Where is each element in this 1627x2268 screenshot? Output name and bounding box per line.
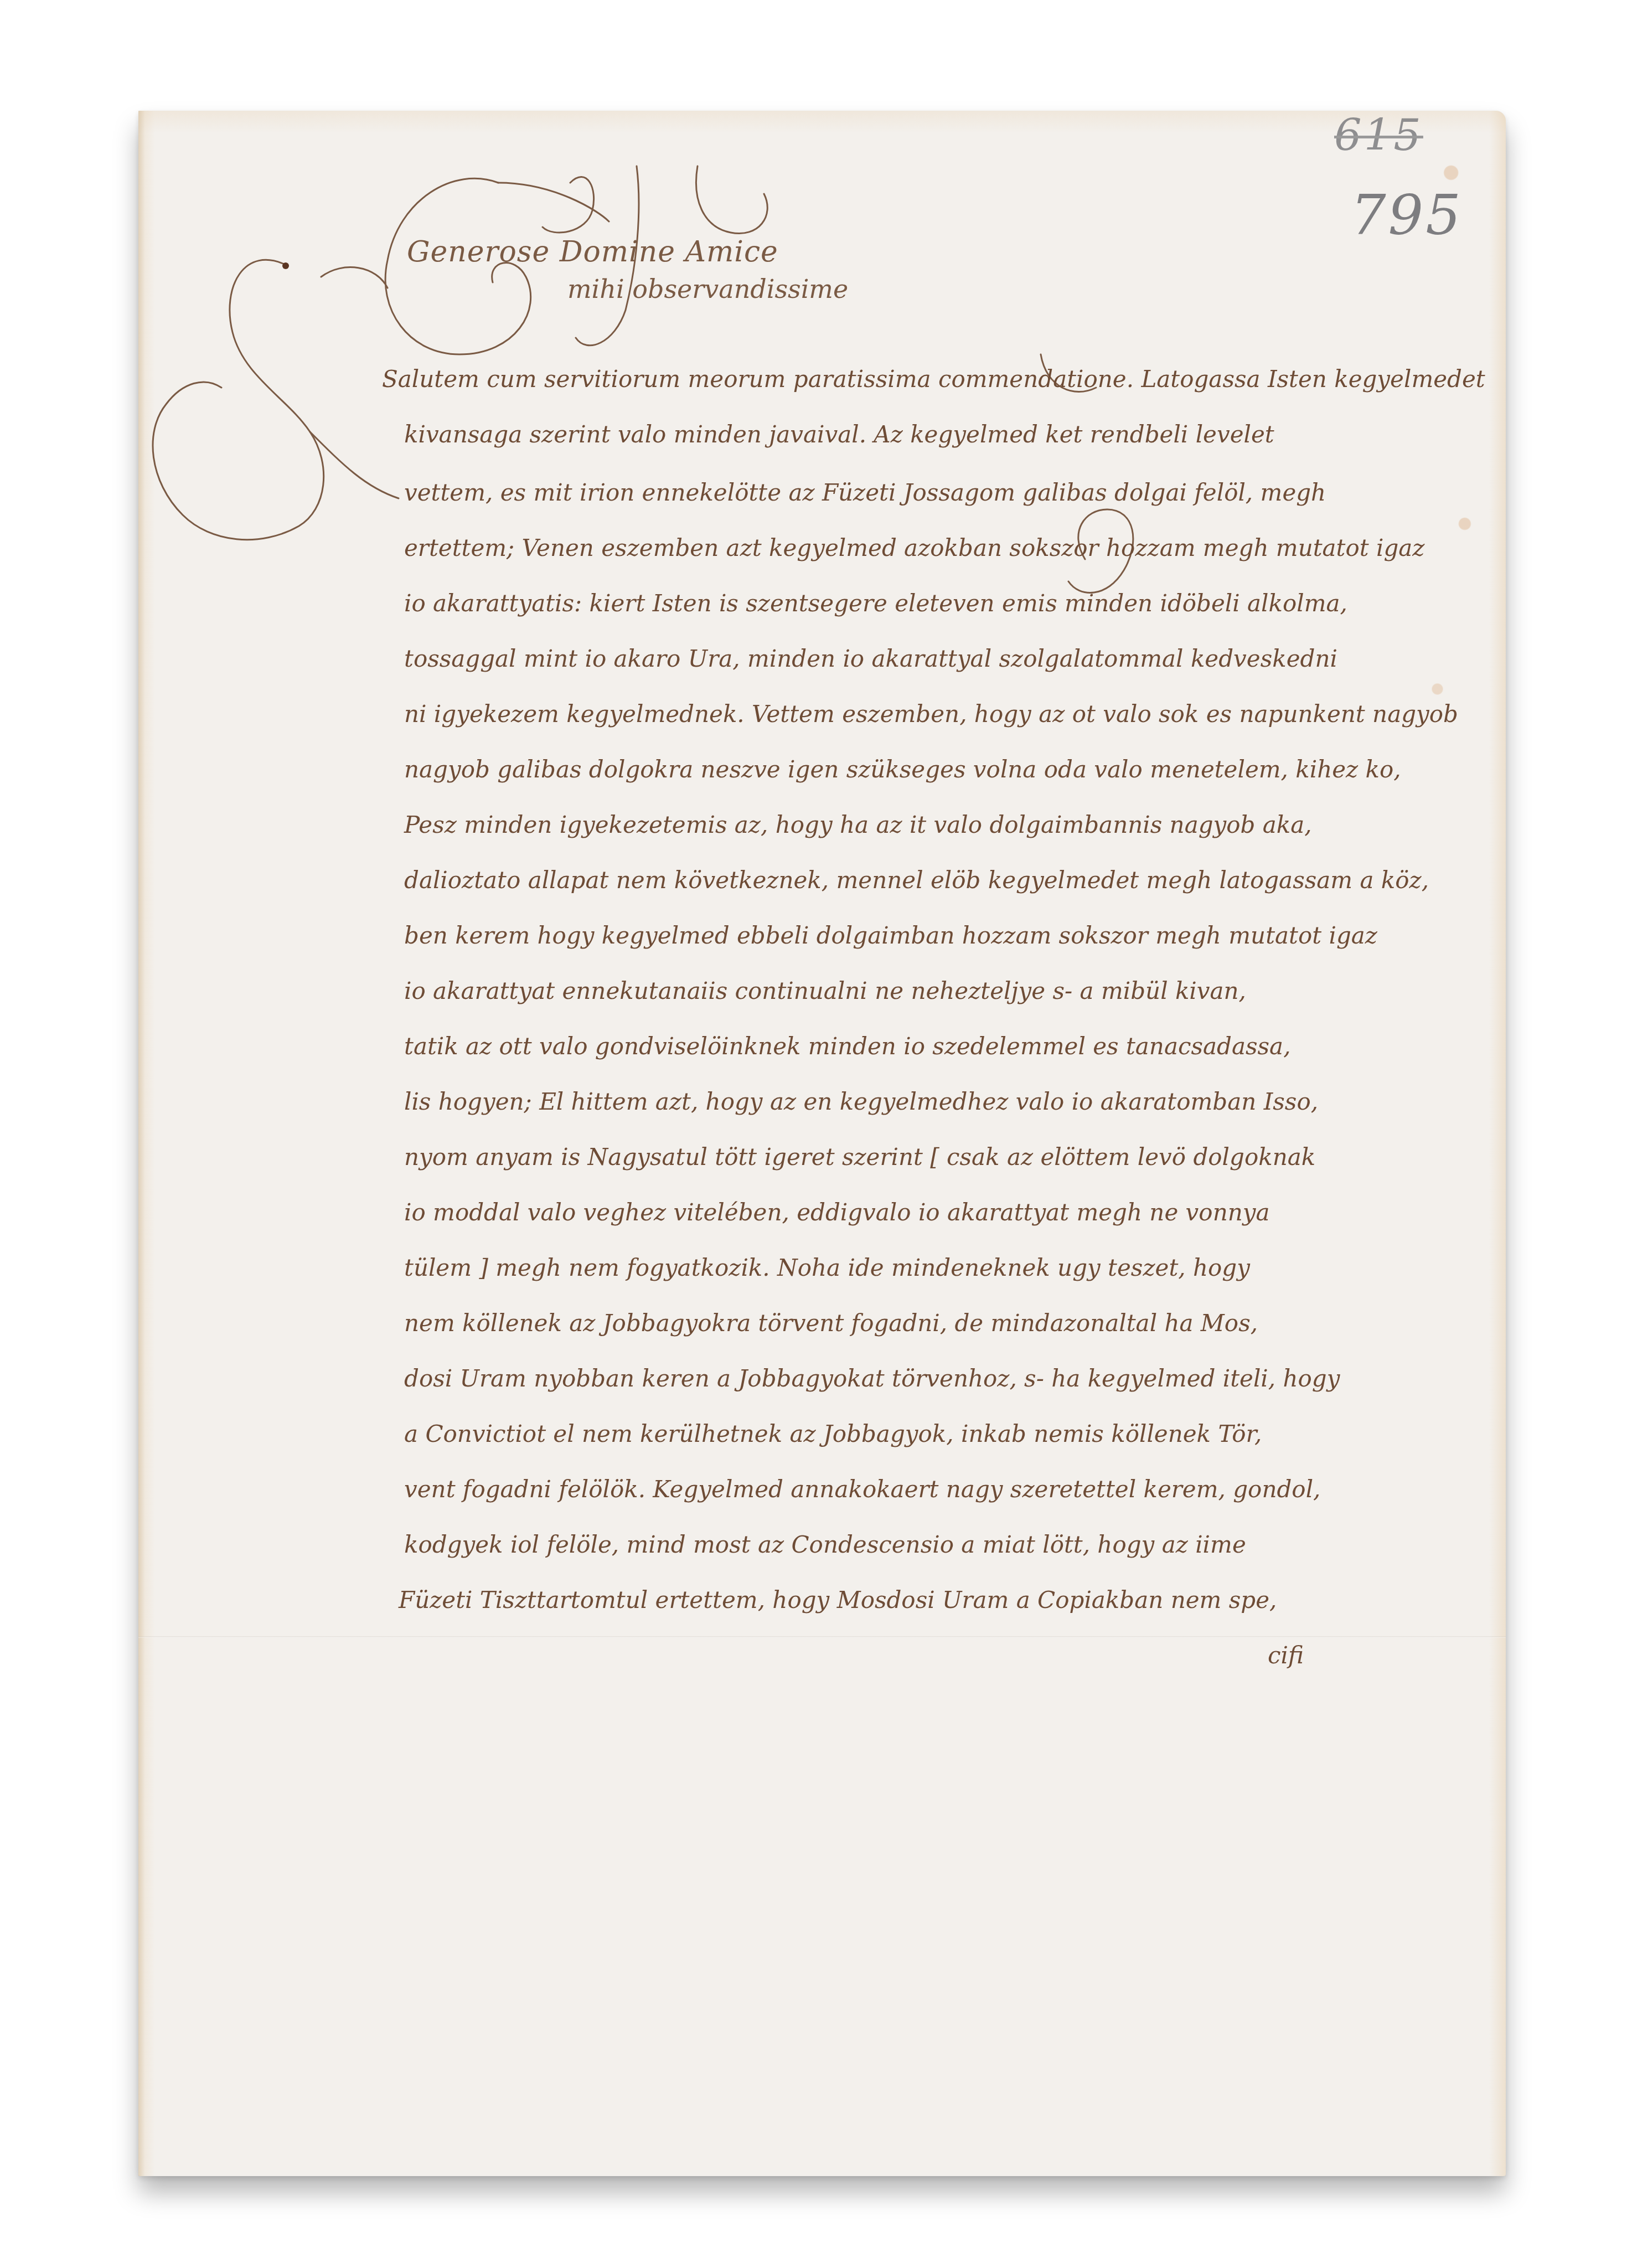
letter-line: lis hogyen; El hittem azt, hogy az en ke… [404,1077,1318,1127]
letter-line: vent fogadni felölök. Kegyelmed annakoka… [404,1465,1320,1514]
letter-line: io moddal valo veghez vitelében, eddigva… [404,1188,1270,1238]
letter-line: vettem, es mit irion ennekelötte az Füze… [404,468,1326,518]
letter-line: nyom anyam is Nagysatul tött igeret szer… [404,1132,1315,1182]
letter-line: tossaggal mint io akaro Ura, minden io a… [404,634,1337,684]
letter-line: dosi Uram nyobban keren a Jobbagyokat tö… [404,1354,1340,1404]
letter-line: ni igyekezem kegyelmednek. Vettem eszemb… [404,689,1458,739]
letter-line: nagyob galibas dolgokra neszve igen szük… [404,745,1401,795]
letter-line: io akarattyatis: kiert Isten is szentseg… [404,579,1347,628]
letter-line: nem köllenek az Jobbagyokra törvent foga… [404,1298,1258,1348]
letter-line: a Convictiot el nem kerülhetnek az Jobba… [404,1409,1262,1459]
salutation-line-1: Generose Domine Amice [407,235,778,269]
letter-line: tatik az ott valo gondviselöinknek minde… [404,1022,1291,1071]
letter-line: kivansaga szerint valo minden javaival. … [404,410,1274,460]
letter-line-continuation: cifi [1268,1631,1304,1681]
letter-line: tülem ] megh nem fogyatkozik. Noha ide m… [404,1243,1250,1293]
letter-line: dalioztato allapat nem következnek, menn… [404,855,1429,905]
letter-line: ben kerem hogy kegyelmed ebbeli dolgaimb… [404,911,1377,961]
archive-number-current: 795 [1351,183,1463,248]
letter-line: Pesz minden igyekezetemis az, hogy ha az… [404,800,1312,850]
letter-line: ertettem; Venen eszemben azt kegyelmed a… [404,523,1425,573]
archive-number-old-struck: 615 [1334,111,1423,161]
letter-line: Füzeti Tiszttartomtul ertettem, hogy Mos… [399,1575,1277,1625]
letter-line: kodgyek iol felöle, mind most az Condesc… [404,1520,1246,1570]
left-fold-edge [138,111,145,2176]
salutation-line-2: mihi observandissime [567,274,848,304]
letter-line: Salutem cum servitiorum meorum paratissi… [382,354,1485,404]
letter-line: io akarattyat ennekutanaiis continualni … [404,966,1246,1016]
